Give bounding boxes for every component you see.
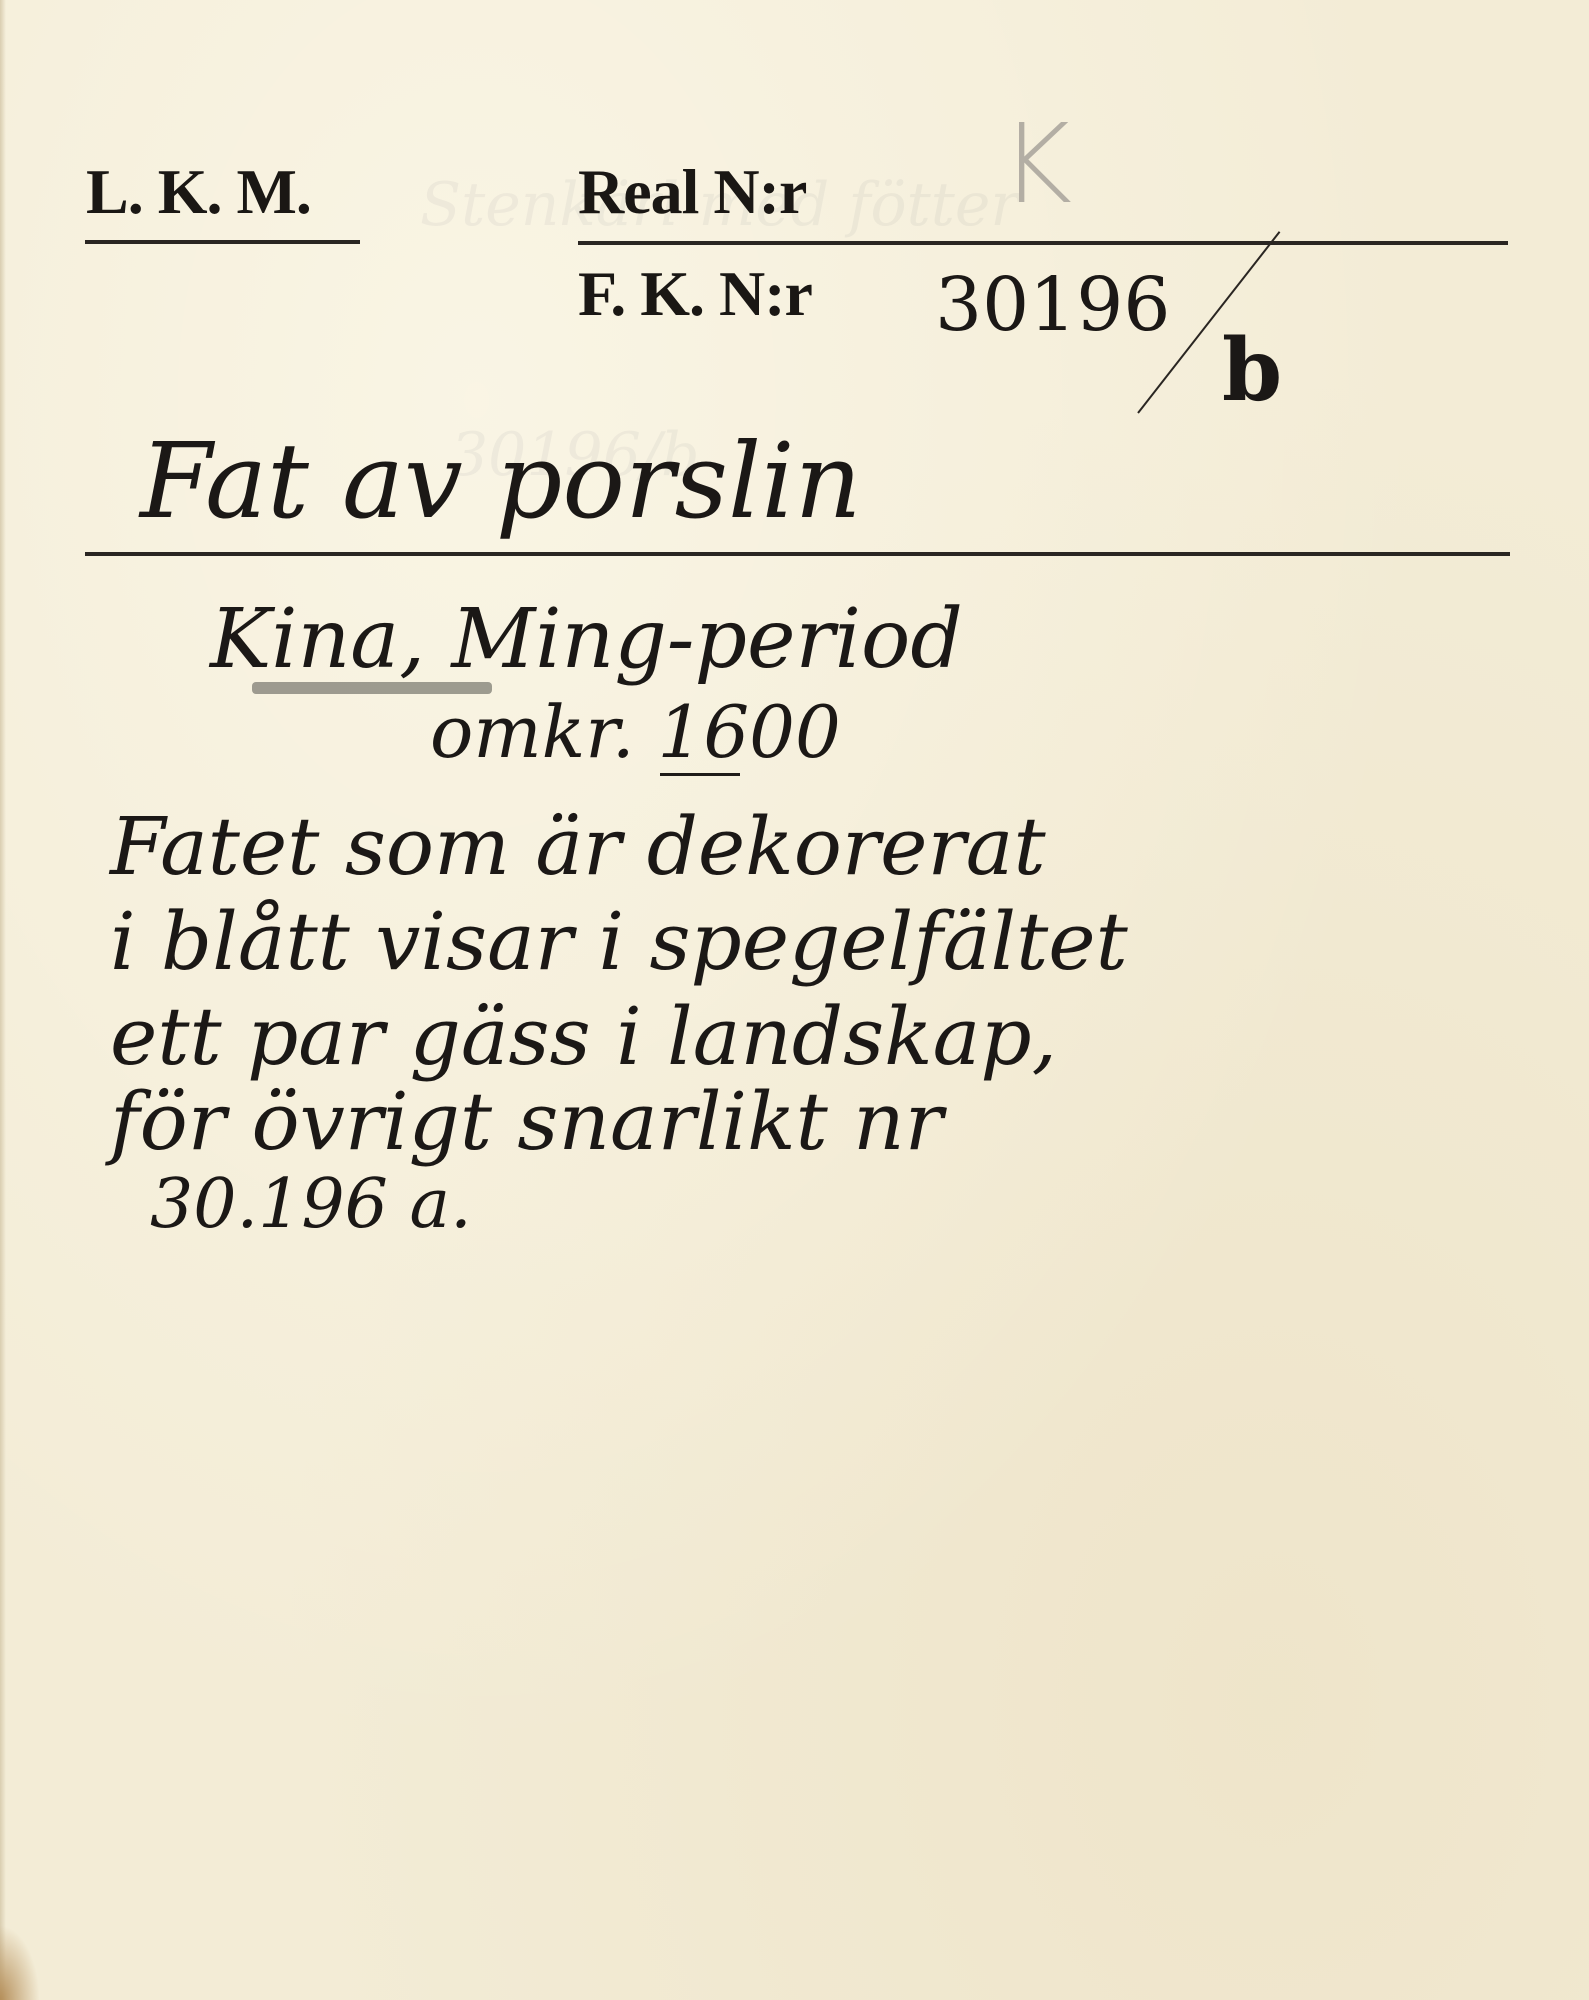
description-line-1: Fatet som är dekorerat [110,800,1046,893]
description-line-5: 30.196 a. [150,1165,472,1244]
fk-nr-suffix: b [1222,320,1282,421]
object-title: Fat av porslin [140,420,862,542]
real-nr-value: K [1000,100,1072,228]
description-line-4: för övrigt snarlikt nr [110,1075,943,1168]
header-divider [578,241,1508,245]
origin-line-2-underline [660,773,740,776]
fk-nr-label: F. K. N:r [578,262,812,326]
description-line-2: i blått visar i spegelfältet [110,895,1128,988]
description-line-3: ett par gäss i landskap, [110,990,1057,1083]
catalog-card: Stenkärl med fötter 30196/b L. K. M. Rea… [0,0,1589,2000]
paper-edge [0,0,6,2000]
fk-nr-value: 30196 [935,262,1170,348]
real-nr-label: Real N:r [578,160,806,224]
paper-stain [0,1925,40,2000]
institution-label: L. K. M. [86,160,311,224]
origin-line-1: Kina, Ming-period [210,592,963,687]
institution-underline [85,240,360,244]
title-divider [85,552,1510,556]
origin-line-2: omkr. 1600 [430,690,841,774]
